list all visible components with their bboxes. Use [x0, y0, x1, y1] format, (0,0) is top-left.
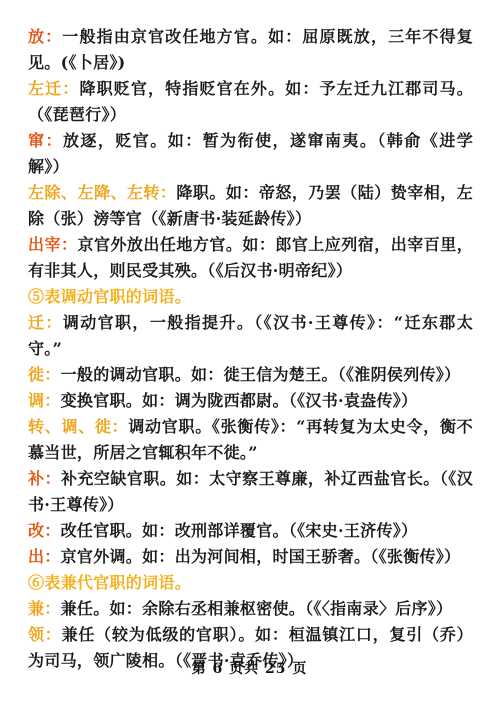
section-heading: ⑤表调动官职的词语。 [28, 284, 473, 310]
definition-text: 兼任。如：余除右丞相兼枢密使。（《〈指南录〉后序》） [61, 599, 453, 618]
term-label: 转、调、徙： [28, 417, 128, 436]
definition-text: 调动官职，一般指提升。（《汉书·王尊传》：“迁东郡太守。” [28, 313, 473, 358]
definition-text: 变换官职。如：调为陇西都尉。（《汉书·袁盎传》） [61, 391, 418, 410]
glossary-entry-list: 放：一般指由京官改任地方官。如：屈原既放，三年不得复见。(《卜居》)左迁：降职贬… [28, 24, 473, 674]
term-label: 放： [28, 27, 62, 46]
term-label: 领： [28, 625, 62, 644]
glossary-entry: 迁：调动官职，一般指提升。（《汉书·王尊传》：“迁东郡太守。” [28, 310, 473, 362]
term-label: 迁： [28, 313, 63, 332]
term-label: 窜： [28, 131, 63, 150]
definition-text: 降职贬官，特指贬官在外。如：予左迁九江郡司马。（《琵琶行》） [28, 79, 473, 124]
section-heading: ⑥表兼代官职的词语。 [28, 570, 473, 596]
glossary-entry: 放：一般指由京官改任地方官。如：屈原既放，三年不得复见。(《卜居》) [28, 24, 473, 76]
document-page: 放：一般指由京官改任地方官。如：屈原既放，三年不得复见。(《卜居》)左迁：降职贬… [0, 0, 499, 706]
term-label: 徙： [28, 365, 61, 384]
term-label: 调： [28, 391, 61, 410]
definition-text: 补充空缺官职。如：太守察王尊廉，补辽西盐官长。（《汉书·王尊传》） [28, 469, 473, 514]
definition-text: 京官外调。如：出为河间相，时国王骄奢。（《张衡传》） [61, 547, 461, 566]
definition-text: 改任官职。如：改刑部详覆官。（《宋史·王济传》） [61, 521, 418, 540]
glossary-entry: 徙：一般的调动官职。如：徙王信为楚王。（《淮阴侯列传》） [28, 362, 473, 388]
definition-text: 一般的调动官职。如：徙王信为楚王。（《淮阴侯列传》） [61, 365, 461, 384]
term-label: 出宰： [28, 235, 77, 254]
term-label: 改： [28, 521, 61, 540]
glossary-entry: 窜：放逐，贬官。如：暂为衔使，遂窜南夷。（韩俞《进学解》） [28, 128, 473, 180]
definition-text: 京官外放出任地方官。如：郎官上应列宿，出宰百里，有非其人，则民受其殃。（《后汉书… [28, 235, 473, 280]
term-label: 补： [28, 469, 61, 488]
term-label: 出： [28, 547, 61, 566]
page-number-footer: 第 6 页共 25 页 [0, 658, 499, 678]
definition-text: 一般指由京官改任地方官。如：屈原既放，三年不得复见。(《卜居》) [28, 27, 473, 72]
glossary-entry: 补：补充空缺官职。如：太守察王尊廉，补辽西盐官长。（《汉书·王尊传》） [28, 466, 473, 518]
glossary-entry: 出：京官外调。如：出为河间相，时国王骄奢。（《张衡传》） [28, 544, 473, 570]
term-label: 左迁： [28, 79, 79, 98]
glossary-entry: 兼：兼任。如：余除右丞相兼枢密使。（《〈指南录〉后序》） [28, 596, 473, 622]
glossary-entry: 转、调、徙：调动官职。《张衡传》：“再转复为太史令，衡不慕当世，所居之官辄积年不… [28, 414, 473, 466]
glossary-entry: 左迁：降职贬官，特指贬官在外。如：予左迁九江郡司马。（《琵琶行》） [28, 76, 473, 128]
term-label: 兼： [28, 599, 61, 618]
term-label: 左除、左降、左转： [28, 183, 176, 202]
glossary-entry: 调：变换官职。如：调为陇西都尉。（《汉书·袁盎传》） [28, 388, 473, 414]
glossary-entry: 左除、左降、左转：降职。如：帝怒，乃罢（陆）贽宰相，左除（张）滂等官（《新唐书·… [28, 180, 473, 232]
definition-text: 放逐，贬官。如：暂为衔使，遂窜南夷。（韩俞《进学解》） [28, 131, 473, 176]
glossary-entry: 出宰：京官外放出任地方官。如：郎官上应列宿，出宰百里，有非其人，则民受其殃。（《… [28, 232, 473, 284]
glossary-entry: 改：改任官职。如：改刑部详覆官。（《宋史·王济传》） [28, 518, 473, 544]
